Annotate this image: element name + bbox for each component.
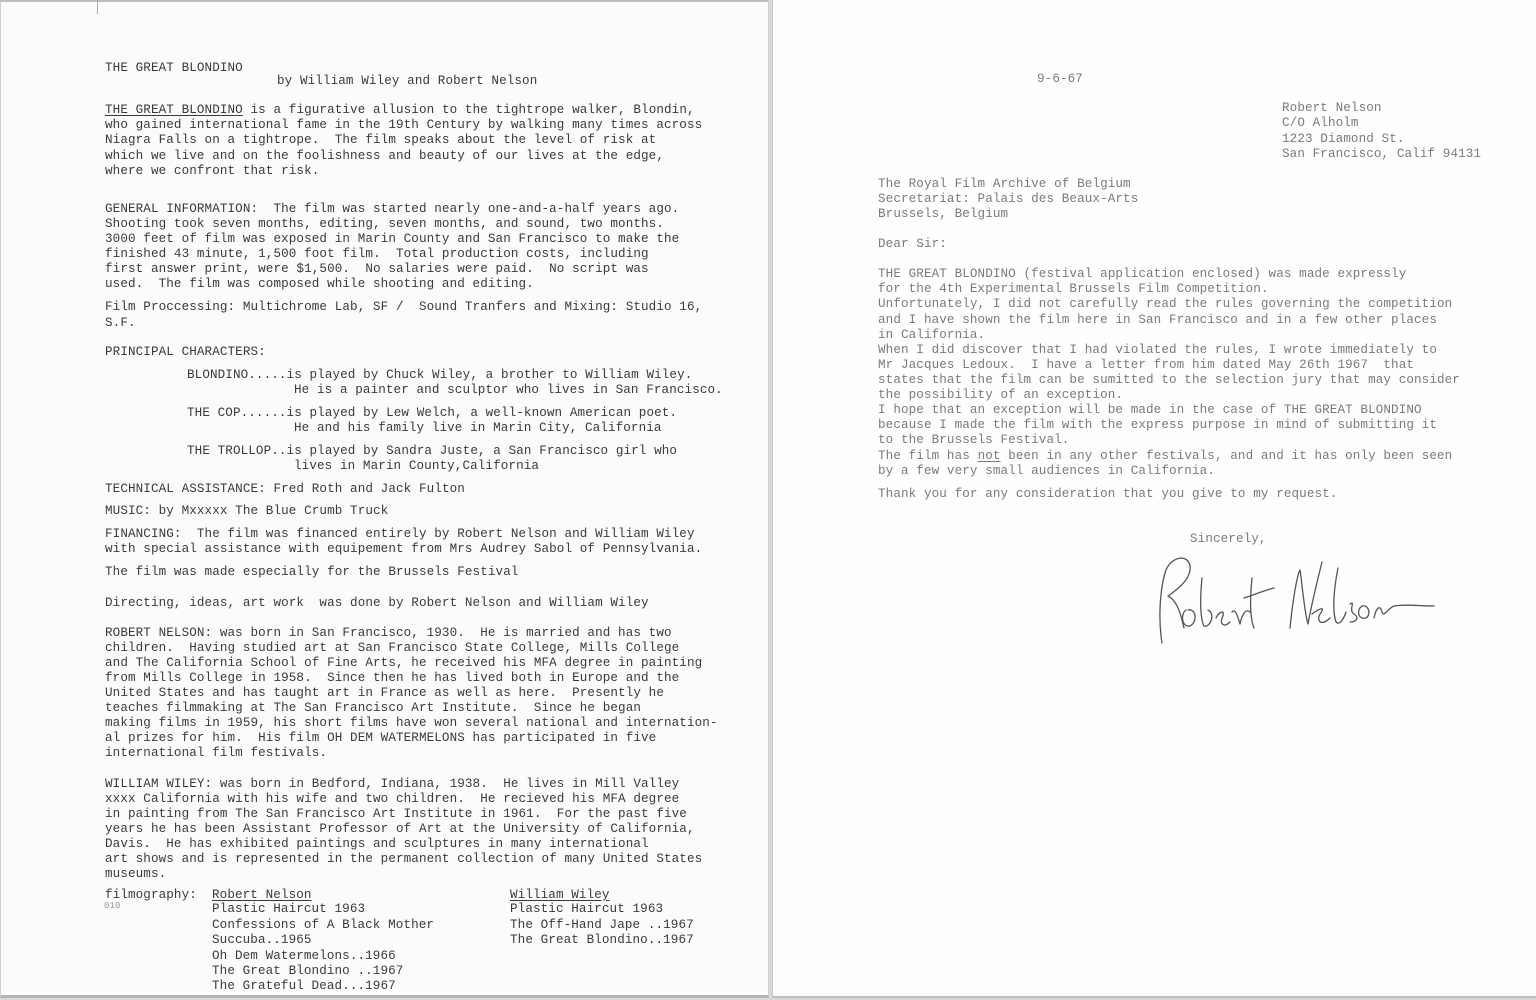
filmography-heading-nelson: Robert Nelson	[212, 888, 312, 903]
film-item: The Great Blondino ..1967	[212, 964, 403, 979]
brussels-note: The film was made especially for the Bru…	[105, 565, 519, 580]
film-item: Plastic Haircut 1963	[212, 902, 365, 917]
text-line: 3000 feet of film was exposed in Marin C…	[105, 232, 679, 247]
character-line: He is a painter and sculptor who lives i…	[294, 383, 723, 398]
address-line: Brussels, Belgium	[878, 207, 1008, 222]
byline: by William Wiley and Robert Nelson	[277, 74, 537, 89]
text-line: I hope that an exception will be made in…	[878, 403, 1422, 418]
music-credit: MUSIC: by Mxxxxx The Blue Crumb Truck	[105, 504, 388, 519]
text-line: used. The film was composed while shooti…	[105, 277, 534, 292]
thanks-line: Thank you for any consideration that you…	[878, 487, 1337, 502]
text-line: Unfortunately, I did not carefully read …	[878, 297, 1452, 312]
text-line: because I made the film with the express…	[878, 418, 1437, 433]
text-line: making films in 1959, his short films ha…	[105, 716, 718, 731]
character-line: lives in Marin County,California	[294, 459, 539, 474]
section-heading: PRINCIPAL CHARACTERS:	[105, 345, 266, 360]
text-line: al prizes for him. His film OH DEM WATER…	[105, 731, 656, 746]
character-line: THE TROLLOP..is played by Sandra Juste, …	[187, 444, 677, 459]
address-line: San Francisco, Calif 94131	[1282, 147, 1481, 162]
film-title-ref: THE GREAT BLONDINO	[105, 103, 243, 117]
text-line: Film Proccessing: Multichrome Lab, SF / …	[105, 300, 702, 315]
text-line: Niagra Falls on a tightrope. The film sp…	[105, 133, 656, 148]
document-title: THE GREAT BLONDINO	[105, 61, 243, 76]
text-line: by a few very small audiences in Califor…	[878, 464, 1215, 479]
text-line: art shows and is represented in the perm…	[105, 852, 702, 867]
text-line: United States and has taught art in Fran…	[105, 686, 664, 701]
text-line: WILLIAM WILEY: was born in Bedford, Indi…	[105, 777, 679, 792]
text-line: finished 43 minute, 1,500 foot film. Tot…	[105, 247, 649, 262]
character-line: BLONDINO.....is played by Chuck Wiley, a…	[187, 368, 692, 383]
text-line: from Mills College in 1958. Since then h…	[105, 671, 679, 686]
text-line: Shooting took seven months, editing, sev…	[105, 217, 664, 232]
directing-credit: Directing, ideas, art work was done by R…	[105, 596, 649, 611]
technical-assistance: TECHNICAL ASSISTANCE: Fred Roth and Jack…	[105, 482, 465, 497]
film-item: The Grateful Dead...1967	[212, 979, 396, 994]
text-span: been in any other festivals, and and it …	[1001, 449, 1453, 463]
address-line: C/O Alholm	[1282, 116, 1359, 131]
text-line: to the Brussels Festival.	[878, 433, 1069, 448]
text-line: where we confront that risk.	[105, 164, 319, 179]
text-line: in painting from The San Francisco Art I…	[105, 807, 687, 822]
text-line: teaches filmmaking at The San Francisco …	[105, 701, 641, 716]
film-item: Oh Dem Watermelons..1966	[212, 949, 396, 964]
text-line: which we live and on the foolishness and…	[105, 149, 664, 164]
filmography-heading-wiley: William Wiley	[510, 888, 610, 903]
character-line: He and his family live in Marin City, Ca…	[294, 421, 662, 436]
text-line: who gained international fame in the 19t…	[105, 118, 702, 133]
text-line: in California.	[878, 328, 985, 343]
character-line: THE COP......is played by Lew Welch, a w…	[187, 406, 677, 421]
text-span: The film has	[878, 449, 978, 463]
text-line: GENERAL INFORMATION: The film was starte…	[105, 202, 679, 217]
salutation: Dear Sir:	[878, 237, 947, 252]
text-line: and The California School of Fine Arts, …	[105, 656, 702, 671]
text-line: children. Having studied art at San Fran…	[105, 641, 679, 656]
text-line: xxxx California with his wife and two ch…	[105, 792, 679, 807]
text-line: years he has been Assistant Professor of…	[105, 822, 695, 837]
address-line: Robert Nelson	[1282, 101, 1382, 116]
text-line: with special assistance with equipement …	[105, 542, 702, 557]
text-line: ROBERT NELSON: was born in San Francisco…	[105, 626, 672, 641]
text-line: first answer print, were $1,500. No sala…	[105, 262, 649, 277]
staple-mark	[97, 0, 98, 14]
text-line: states that the film can be sumitted to …	[878, 373, 1460, 388]
text-line: the possibility of an exception.	[878, 388, 1123, 403]
text-line: When I did discover that I had violated …	[878, 343, 1437, 358]
film-item: The Off-Hand Jape ..1967	[510, 918, 694, 933]
text-line: Mr Jacques Ledoux. I have a letter from …	[878, 358, 1414, 373]
address-line: Secretariat: Palais des Beaux-Arts	[878, 192, 1138, 207]
address-line: The Royal Film Archive of Belgium	[878, 177, 1131, 192]
handwritten-signature	[1150, 548, 1440, 648]
film-item: Succuba..1965	[212, 933, 312, 948]
text-line: is a figurative allusion to the tightrop…	[243, 103, 695, 117]
film-item: The Great Blondino..1967	[510, 933, 694, 948]
text-line: museums.	[105, 867, 166, 882]
text-line: S.F.	[105, 316, 136, 331]
address-line: 1223 Diamond St.	[1282, 132, 1405, 147]
film-item: Confessions of A Black Mother	[212, 918, 434, 933]
letter-date: 9-6-67	[1037, 72, 1083, 87]
text-line: FINANCING: The film was financed entirel…	[105, 527, 695, 542]
emphasis-not: not	[978, 449, 1001, 463]
text-line: THE GREAT BLONDINO (festival application…	[878, 267, 1406, 282]
closing: Sincerely,	[1190, 532, 1267, 547]
text-line: for the 4th Experimental Brussels Film C…	[878, 282, 1269, 297]
text-line: and I have shown the film here in San Fr…	[878, 313, 1437, 328]
page-mark: 010	[104, 899, 121, 914]
text-line: international film festivals.	[105, 746, 327, 761]
text-line: Davis. He has exhibited paintings and sc…	[105, 837, 649, 852]
film-item: Plastic Haircut 1963	[510, 902, 663, 917]
